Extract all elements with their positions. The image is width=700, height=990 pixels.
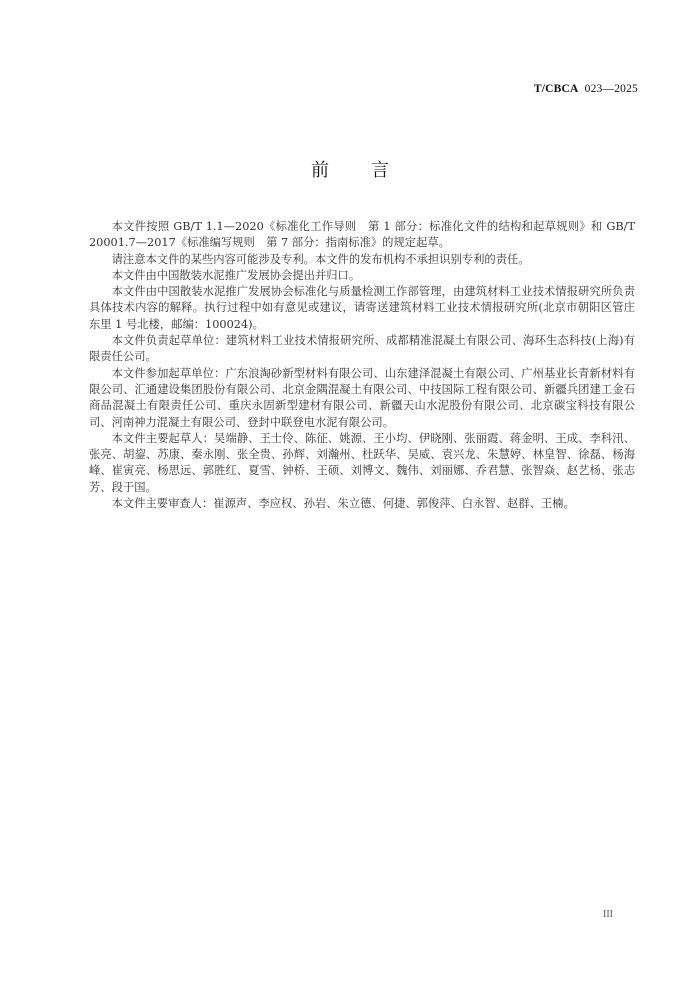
paragraph-lead-drafters: 本文件负责起草单位：建筑材料工业技术情报研究所、成都精准混凝土有限公司、海环生态… xyxy=(89,333,635,366)
paragraph-proposer: 本文件由中国散装水泥推广发展协会提出并归口。 xyxy=(89,268,635,284)
paragraph-drafting-rules: 本文件按照 GB/T 1.1—2020《标准化工作导则 第 1 部分：标准化文件… xyxy=(89,219,635,252)
paragraph-participating-drafters: 本文件参加起草单位：广东浪淘砂新型材料有限公司、山东建泽混凝土有限公司、广州基业… xyxy=(89,366,635,431)
page-title: 前言 xyxy=(0,156,700,182)
standard-number: 023—2025 xyxy=(585,83,638,95)
standard-prefix: T/CBCA xyxy=(534,83,579,95)
paragraph-reviewers: 本文件主要审查人：崔源声、李应权、孙岩、朱立德、何捷、郭俊萍、白永智、赵群、王楠… xyxy=(89,496,635,512)
paragraph-patent-notice: 请注意本文件的某些内容可能涉及专利。本文件的发布机构不承担识别专利的责任。 xyxy=(89,252,635,268)
standard-code: T/CBCA 023—2025 xyxy=(534,83,638,95)
foreword-body: 本文件按照 GB/T 1.1—2020《标准化工作导则 第 1 部分：标准化文件… xyxy=(89,219,635,512)
title-char-1: 前 xyxy=(311,160,329,181)
paragraph-main-drafters: 本文件主要起草人：吴端静、王士伶、陈征、姚源、王小均、伊晓刚、张丽霞、蒋金明、王… xyxy=(89,431,635,496)
paragraph-management: 本文件由中国散装水泥推广发展协会标准化与质量检测工作部管理，由建筑材料工业技术情… xyxy=(89,284,635,333)
page-number: III xyxy=(603,909,613,920)
title-char-2: 言 xyxy=(371,160,389,181)
